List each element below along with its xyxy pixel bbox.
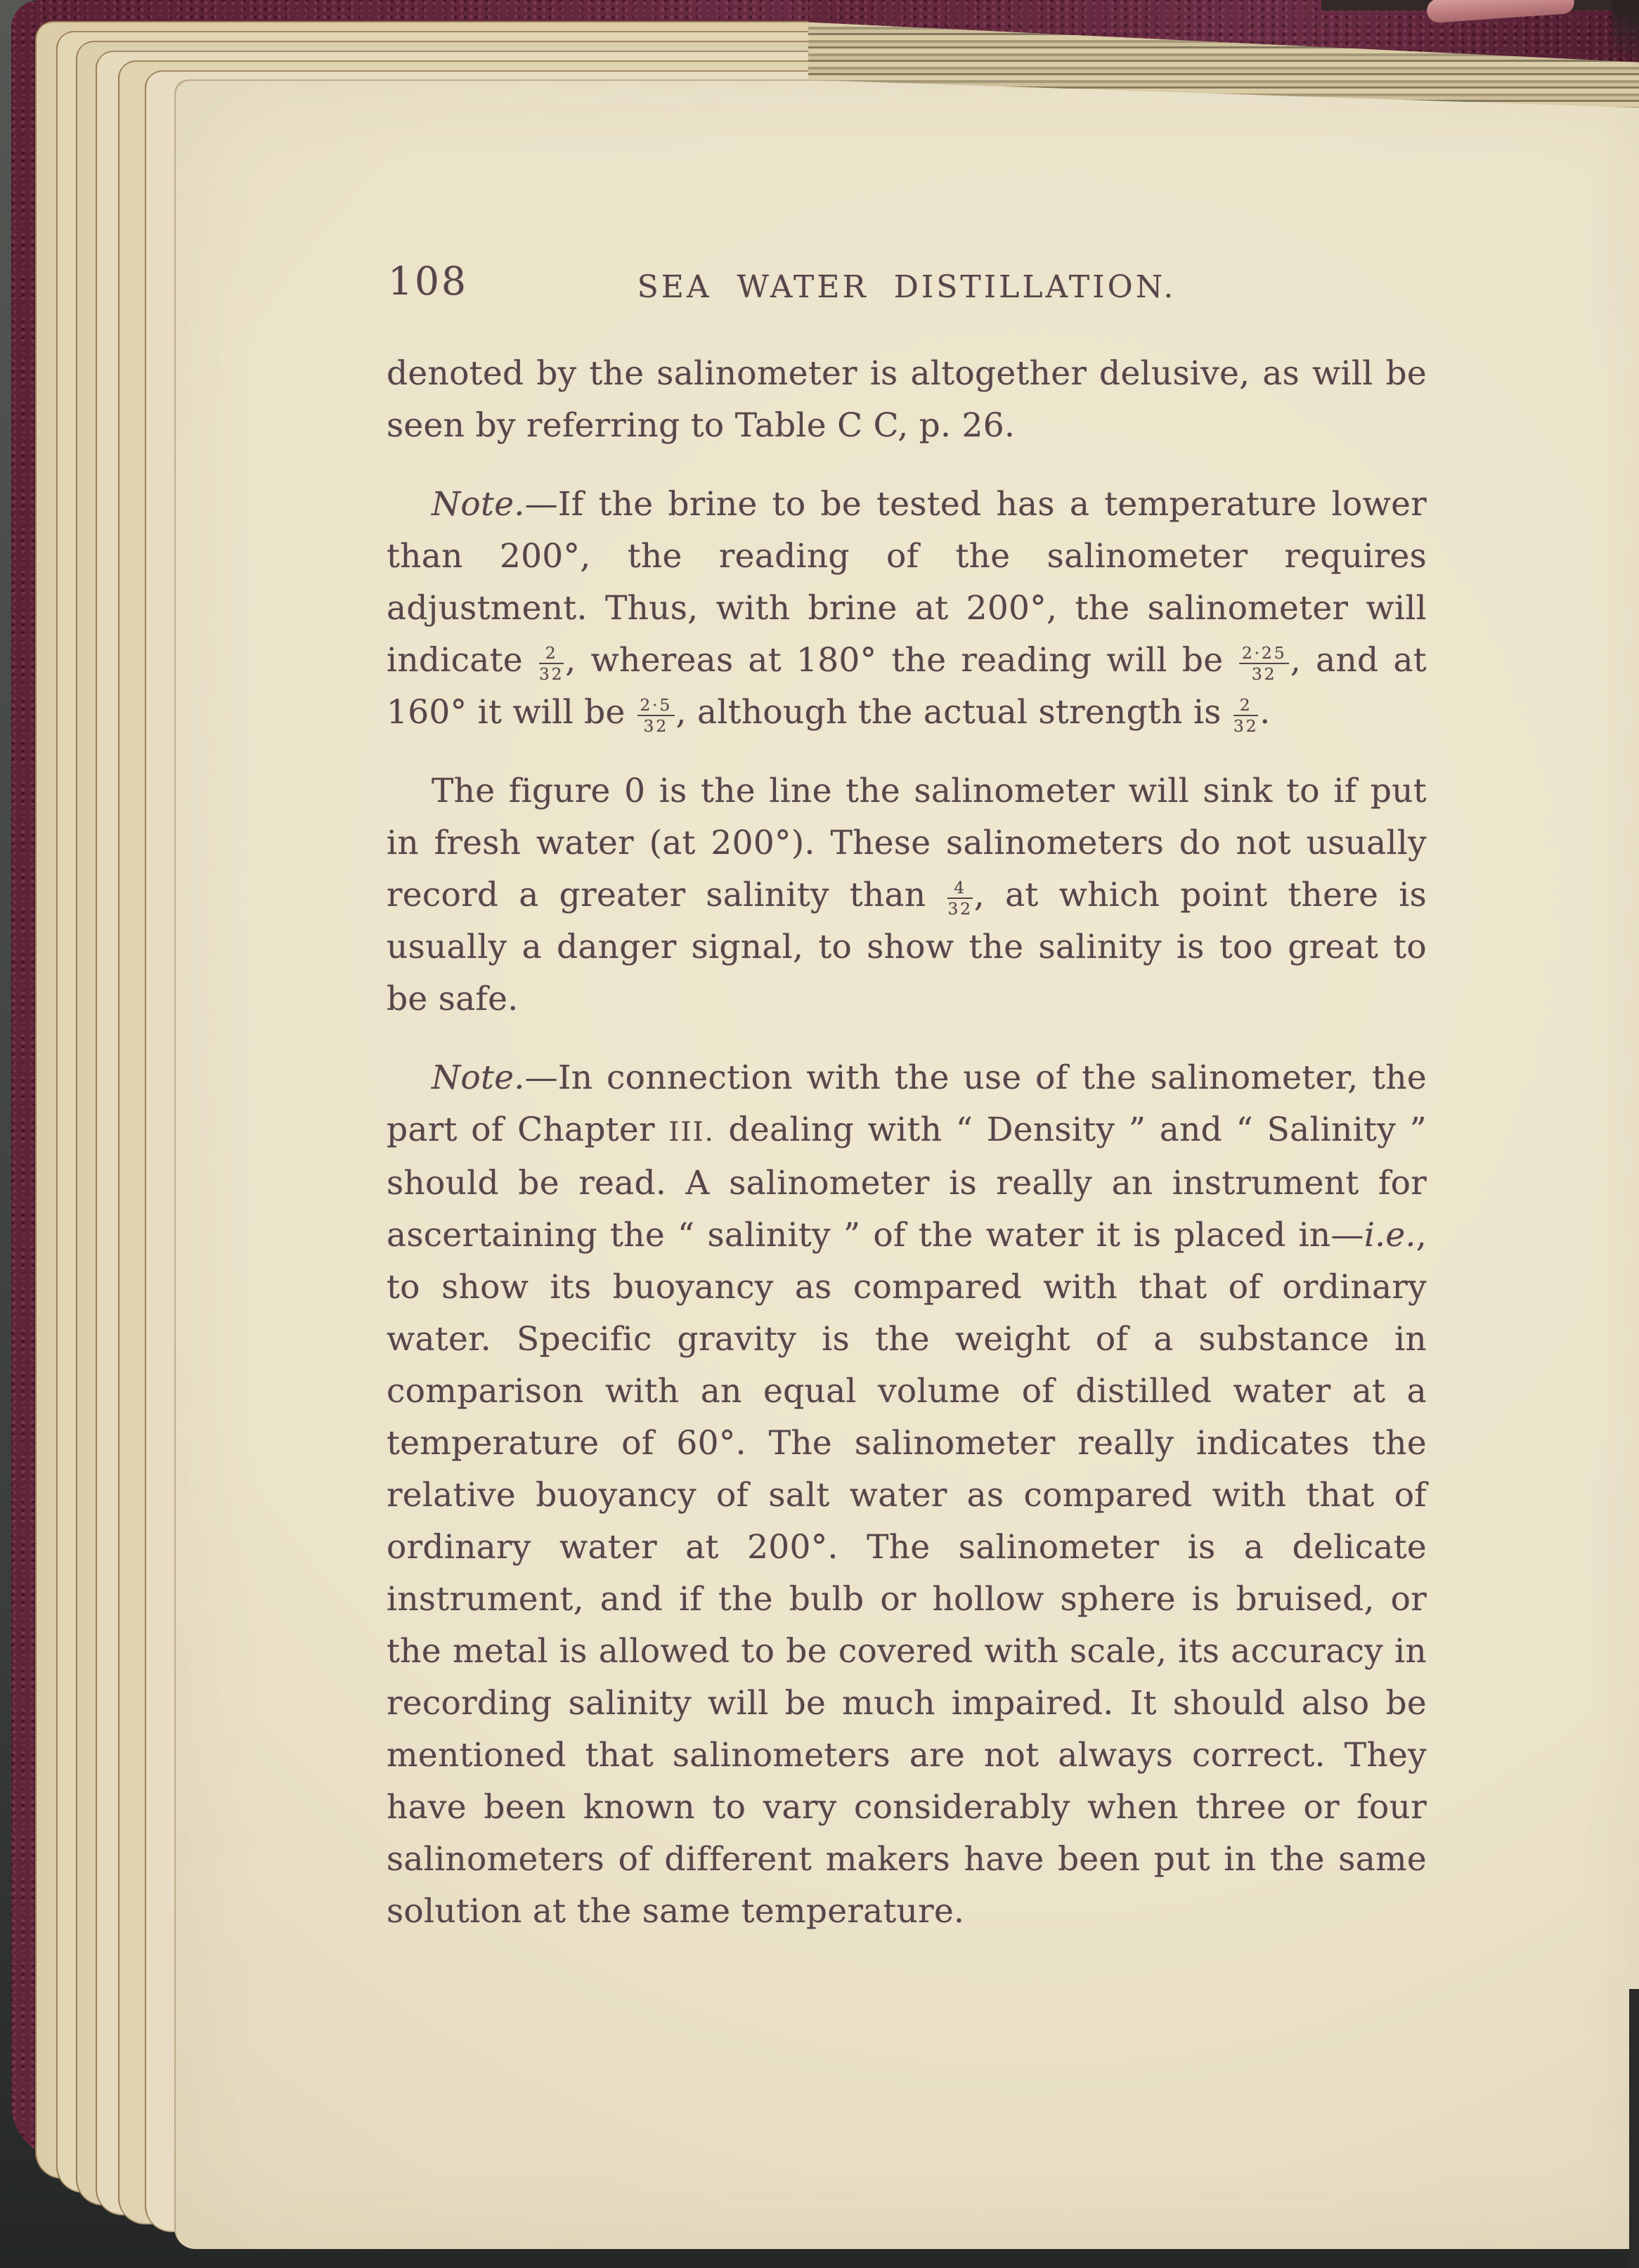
running-head: 108 SEA WATER DISTILLATION. xyxy=(387,255,1427,300)
note-label: Note. xyxy=(432,485,525,524)
text-block: 108 SEA WATER DISTILLATION. denoted by t… xyxy=(387,255,1427,1938)
paragraph-note-salinometer: Note.—In connection with the use of the … xyxy=(387,1052,1427,1938)
page-number: 108 xyxy=(388,255,468,307)
background-right-edge xyxy=(1629,1989,1639,2268)
fraction-denominator: 32 xyxy=(947,899,973,916)
fraction: 2·532 xyxy=(637,697,675,734)
fraction-denominator: 32 xyxy=(1239,664,1289,682)
fraction-numerator: 4 xyxy=(947,880,973,899)
body-text: . xyxy=(1259,693,1270,732)
fraction: 232 xyxy=(539,645,564,682)
ie-abbreviation: i.e. xyxy=(1364,1216,1416,1255)
chapter-numeral: III. xyxy=(668,1116,715,1147)
body-text: , although the actual strength is xyxy=(676,693,1232,732)
book-photo-scene: 108 SEA WATER DISTILLATION. denoted by t… xyxy=(0,0,1639,2268)
body-text: , to show its buoyancy as compared with … xyxy=(387,1216,1427,1931)
body-text: denoted by the salinometer is altogether… xyxy=(387,354,1427,445)
note-label: Note. xyxy=(432,1058,525,1097)
fraction-numerator: 2 xyxy=(1233,697,1259,716)
fraction-denominator: 32 xyxy=(1233,716,1259,734)
paragraph-figure-zero: The figure 0 is the line the salinometer… xyxy=(387,765,1427,1025)
book-page: 108 SEA WATER DISTILLATION. denoted by t… xyxy=(174,79,1639,2249)
body-text: , whereas at 180° the reading will be xyxy=(565,641,1238,680)
fraction: 232 xyxy=(1233,697,1259,734)
background-corner-shadow xyxy=(1612,0,1639,65)
paragraph-note-brine: Note.—If the brine to be tested has a te… xyxy=(387,479,1427,739)
fraction-numerator: 2·25 xyxy=(1239,645,1289,664)
fraction-numerator: 2·5 xyxy=(637,697,675,716)
fraction-numerator: 2 xyxy=(539,645,564,664)
fraction: 432 xyxy=(947,880,973,916)
fraction-denominator: 32 xyxy=(539,664,564,682)
running-title: SEA WATER DISTILLATION. xyxy=(637,261,1177,313)
fraction-denominator: 32 xyxy=(637,716,675,734)
paragraph-continuation: denoted by the salinometer is altogether… xyxy=(387,348,1427,452)
fraction: 2·2532 xyxy=(1239,645,1289,682)
